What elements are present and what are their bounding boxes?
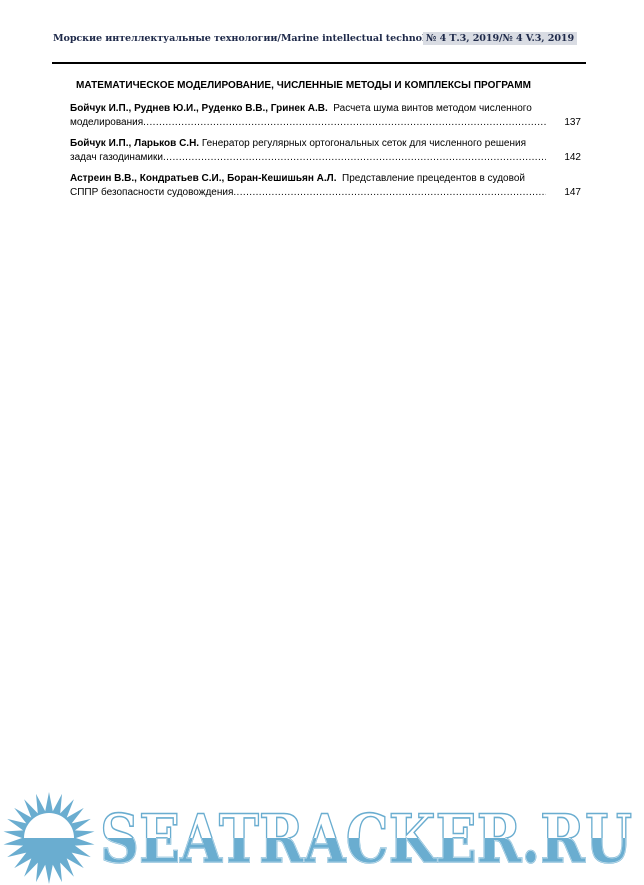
entry-title: Расчета шума винтов методом численного bbox=[333, 103, 531, 114]
entry-authors: Бойчук И.П., Руднев Ю.И., Руденко В.В., … bbox=[70, 103, 328, 114]
toc-entry[interactable]: Бойчук И.П., Руднев Ю.И., Руденко В.В., … bbox=[70, 102, 578, 129]
toc-entry[interactable]: Бойчук И.П., Ларьков С.Н. Генератор регу… bbox=[70, 137, 578, 164]
entry-title-continued: СППР безопасности судовождения bbox=[70, 187, 233, 198]
watermark-text: SEATRACKER.RU SEATRACKER.RU SEATRACKER.R… bbox=[100, 800, 632, 878]
entry-authors: Астреин В.В., Кондратьев С.И., Боран-Кеш… bbox=[70, 173, 336, 184]
entry-page-number: 142 bbox=[561, 151, 581, 165]
section-heading: МАТЕМАТИЧЕСКОЕ МОДЕЛИРОВАНИЕ, ЧИСЛЕННЫЕ … bbox=[76, 80, 590, 94]
entry-title-continued: моделирования bbox=[70, 117, 143, 128]
entry-page-number: 147 bbox=[561, 186, 581, 200]
seatracker-watermark: SEATRACKER.RU SEATRACKER.RU SEATRACKER.R… bbox=[0, 785, 644, 885]
leader-dots: ........................................… bbox=[163, 152, 546, 163]
entry-title-continued: задач газодинамики bbox=[70, 152, 163, 163]
entry-title: Генератор регулярных ортогональных сеток… bbox=[202, 138, 526, 149]
toc-entry[interactable]: Астреин В.В., Кондратьев С.И., Боран-Кеш… bbox=[70, 172, 578, 199]
entry-title: Представление прецедентов в судовой bbox=[342, 173, 525, 184]
issue-number: № 4 Т.3, 2019/№ 4 V.3, 2019 bbox=[423, 32, 577, 45]
header-divider bbox=[52, 62, 586, 64]
journal-title: Морские интеллектуальные технологии/Mari… bbox=[53, 33, 453, 44]
running-header: Морские интеллектуальные технологии/Mari… bbox=[53, 33, 453, 44]
sun-icon bbox=[4, 792, 95, 884]
leader-dots: ........................................… bbox=[143, 117, 546, 128]
entry-page-number: 137 bbox=[561, 116, 581, 130]
entry-authors: Бойчук И.П., Ларьков С.Н. bbox=[70, 138, 199, 149]
leader-dots: ........................................… bbox=[233, 187, 546, 198]
table-of-contents: МАТЕМАТИЧЕСКОЕ МОДЕЛИРОВАНИЕ, ЧИСЛЕННЫЕ … bbox=[70, 80, 590, 199]
